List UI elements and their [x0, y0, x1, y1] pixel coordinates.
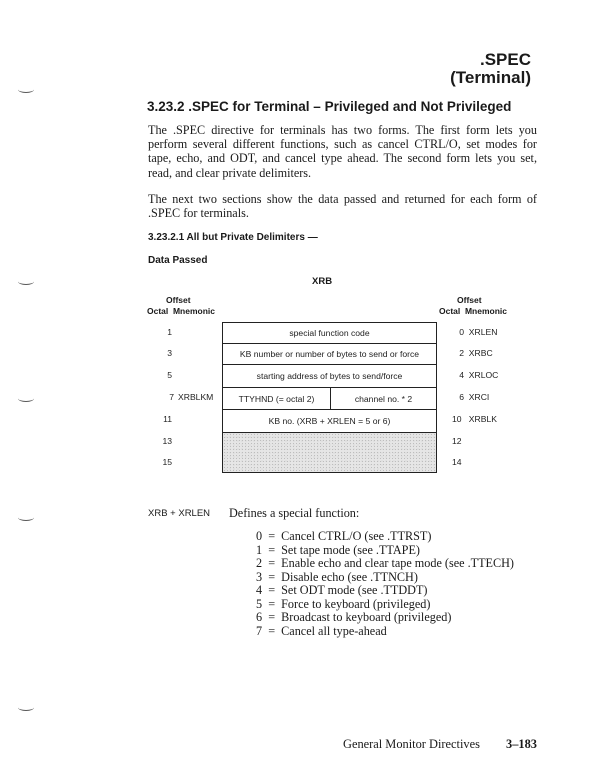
body-paragraph: The .SPEC directive for terminals has tw… [148, 123, 537, 180]
xrb-word-6: TTYHND (= octal 2) channel no. * 2 [223, 388, 436, 410]
word-content: KB number or number of bytes to send or … [240, 349, 419, 359]
right-offset: 10 XRBLK [452, 414, 497, 424]
left-offset: 11 [148, 414, 172, 424]
function-code-list: 0 = Cancel CTRL/O (see .TTRST) 1 = Set t… [256, 530, 514, 638]
body-paragraph: The next two sections show the data pass… [148, 192, 537, 220]
definition-intro: Defines a special function: [229, 506, 359, 521]
left-offset: 5 [148, 370, 172, 380]
right-offset: 2 XRBC [452, 348, 493, 358]
left-mnemonic: XRBLKM [178, 392, 213, 402]
right-offset: 4 XRLOC [452, 370, 498, 380]
right-offset: 6 XRCI [452, 392, 489, 402]
left-offset: 7 [150, 392, 174, 402]
left-offset: 1 [148, 327, 172, 337]
left-offset: 15 [148, 457, 172, 467]
page-number: 3–183 [506, 737, 537, 752]
right-mnemonic: XRLEN [469, 327, 498, 337]
xrb-word-10: KB no. (XRB + XRLEN = 5 or 6) [223, 410, 436, 433]
byte-content: TTYHND (= octal 2) [239, 394, 315, 404]
page-title-directive: .SPEC [480, 50, 531, 70]
margin-mark [18, 704, 34, 711]
list-item: 7 = Cancel all type-ahead [256, 625, 514, 639]
right-column-header-offset: Offset [457, 295, 482, 306]
margin-mark [18, 278, 34, 285]
right-mnemonic: XRBLK [469, 414, 497, 424]
right-offset: 0 XRLEN [452, 327, 497, 337]
list-item: 0 = Cancel CTRL/O (see .TTRST) [256, 530, 514, 544]
list-item: 1 = Set tape mode (see .TTAPE) [256, 544, 514, 558]
high-byte-cell: TTYHND (= octal 2) [223, 388, 331, 409]
page-title-subtitle: (Terminal) [450, 68, 531, 88]
list-item: 2 = Enable echo and clear tape mode (see… [256, 557, 514, 571]
footer-chapter-title: General Monitor Directives [343, 737, 480, 752]
xrb-layout-box: special function code KB number or numbe… [222, 322, 437, 473]
left-column-header-offset: Offset [166, 295, 191, 306]
xrb-word-4: starting address of bytes to send/force [223, 365, 436, 388]
margin-mark [18, 395, 34, 402]
xrb-reserved-area [223, 433, 436, 472]
definition-term: XRB + XRLEN [148, 508, 210, 519]
right-column-header-octal-mnemonic: Octal Mnemonic [439, 306, 507, 317]
right-mnemonic: XRLOC [469, 370, 499, 380]
section-heading: 3.23.2 .SPEC for Terminal – Privileged a… [147, 99, 511, 114]
margin-mark [18, 514, 34, 521]
xrb-word-0: special function code [223, 323, 436, 344]
list-item: 6 = Broadcast to keyboard (privileged) [256, 611, 514, 625]
word-content: starting address of bytes to send/force [257, 371, 403, 381]
word-content: KB no. (XRB + XRLEN = 5 or 6) [269, 416, 391, 426]
list-item: 4 = Set ODT mode (see .TTDDT) [256, 584, 514, 598]
left-offset: 3 [148, 348, 172, 358]
left-offset: 13 [148, 436, 172, 446]
right-offset: 14 [452, 457, 462, 467]
byte-content: channel no. * 2 [355, 394, 412, 404]
word-content: special function code [289, 328, 369, 338]
diagram-title: XRB [312, 276, 332, 287]
data-passed-label: Data Passed [148, 255, 207, 266]
subsection-heading: 3.23.2.1 All but Private Delimiters — [148, 232, 318, 243]
list-item: 3 = Disable echo (see .TTNCH) [256, 571, 514, 585]
right-mnemonic: XRCI [469, 392, 490, 402]
xrb-word-2: KB number or number of bytes to send or … [223, 344, 436, 365]
list-item: 5 = Force to keyboard (privileged) [256, 598, 514, 612]
low-byte-cell: channel no. * 2 [331, 388, 436, 409]
margin-mark [18, 86, 34, 93]
right-offset: 12 [452, 436, 462, 446]
left-column-header-octal-mnemonic: Octal Mnemonic [147, 306, 215, 317]
right-mnemonic: XRBC [469, 348, 493, 358]
